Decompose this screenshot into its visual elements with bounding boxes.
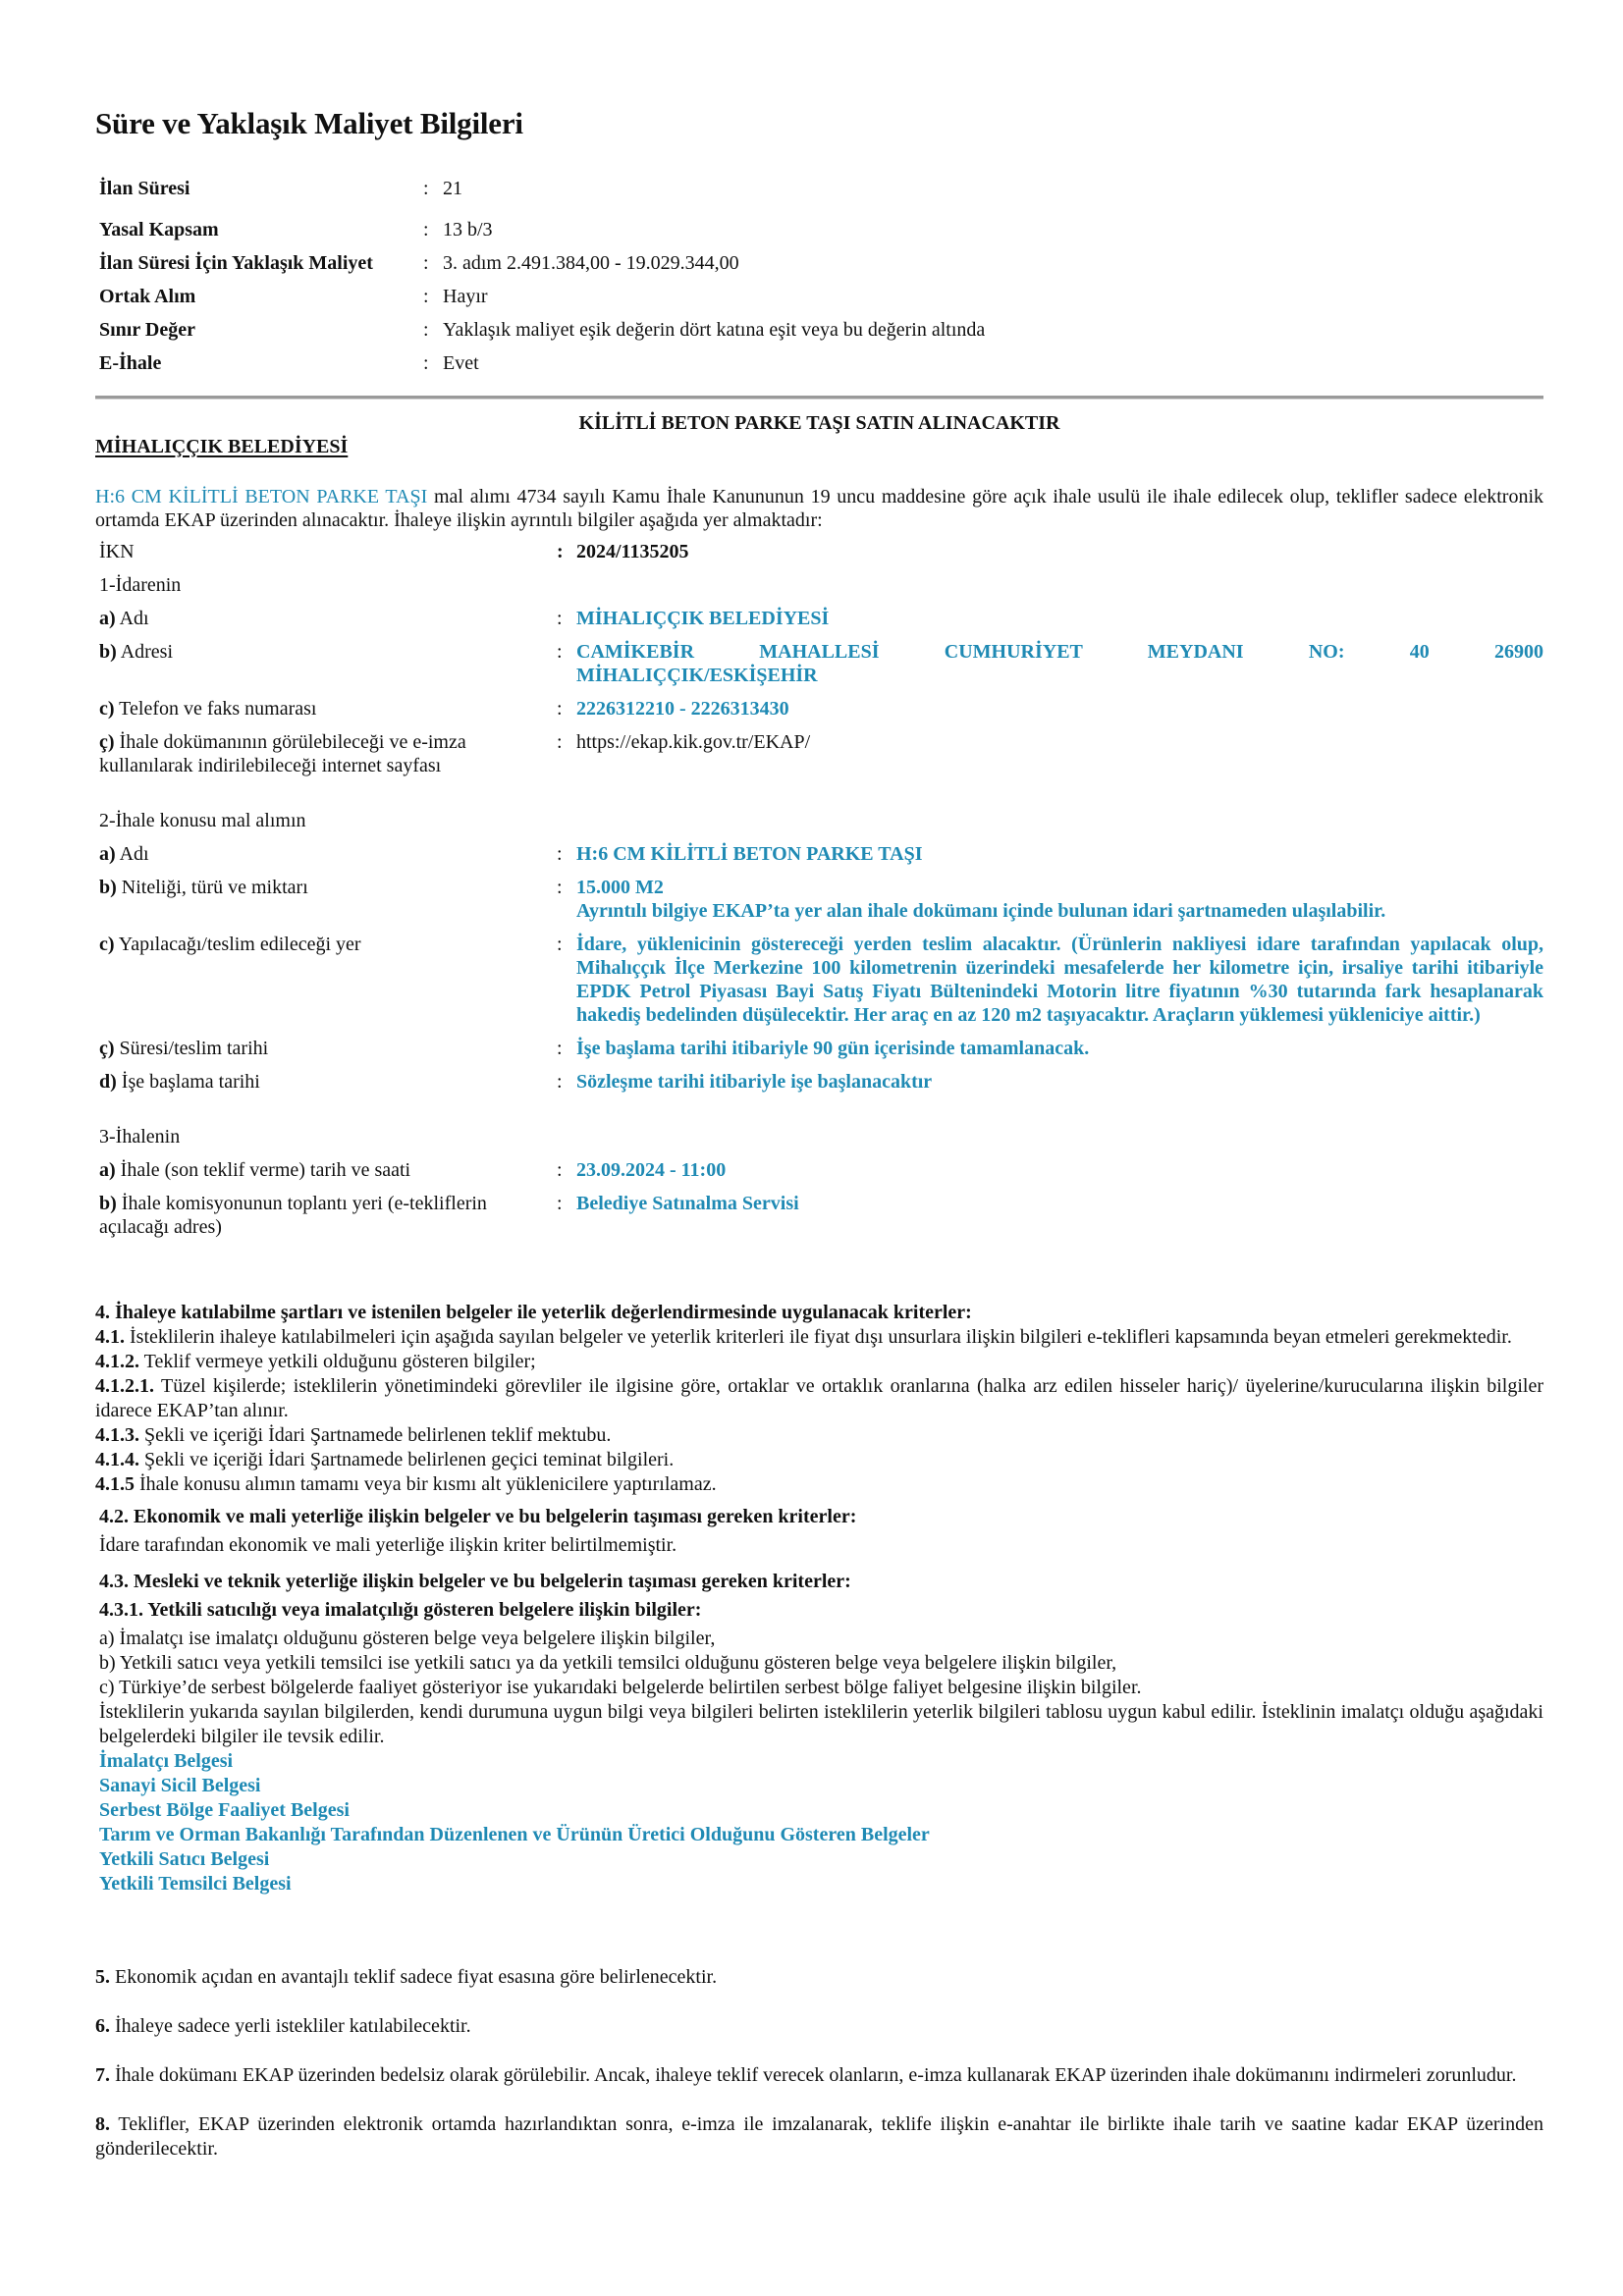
row-value: Sözleşme tarihi itibariyle işe başlanaca… [576, 1070, 1543, 1094]
row-value: 2226312210 - 2226313430 [576, 697, 1543, 721]
summary-row: Ortak Alım : Hayır [99, 286, 985, 319]
row-key: b) [99, 877, 117, 898]
criteria-item: 4.1. İsteklilerin ihaleye katılabilmeler… [95, 1325, 1543, 1350]
separator: : [423, 219, 443, 241]
row-label: İhale komisyonunun toplantı yeri (e-tekl… [99, 1193, 487, 1238]
row-label: İhale dokümanının görülebileceği ve e-im… [99, 731, 466, 776]
section4-heading: 4. İhaleye katılabilme şartları ve isten… [95, 1301, 1543, 1325]
meeting-place: Belediye Satınalma Servisi [576, 1192, 1543, 1239]
row-label: Niteliği, türü ve miktarı [117, 877, 308, 898]
section2-row: ç) Süresi/teslim tarihi : İşe başlama ta… [95, 1037, 1543, 1060]
separator: : [557, 1037, 576, 1060]
section3-row: a) İhale (son teklif verme) tarih ve saa… [95, 1158, 1543, 1182]
separator: : [557, 730, 576, 777]
row-label: İhale (son teklif verme) tarih ve saati [116, 1159, 410, 1181]
required-documents-list: İmalatçı Belgesi Sanayi Sicil Belgesi Se… [95, 1749, 1543, 1896]
separator: : [557, 1192, 576, 1239]
ikn-value: 2024/1135205 [576, 540, 1543, 563]
separator: : [423, 352, 443, 375]
section1-row: c) Telefon ve faks numarası : 2226312210… [95, 697, 1543, 721]
closing-clauses: 5. Ekonomik açıdan en avantajlı teklif s… [95, 1965, 1543, 2186]
criteria-item: 4.1.2.1. Tüzel kişilerde; isteklilerin y… [95, 1374, 1543, 1423]
document-item: Tarım ve Orman Bakanlığı Tarafından Düze… [99, 1823, 1543, 1847]
row-label: İşe başlama tarihi [117, 1071, 260, 1093]
criteria-item: 4.1.4. Şekli ve içeriği İdari Şartnamede… [95, 1448, 1543, 1472]
section2-row: c) Yapılacağı/teslim edileceği yer : İda… [95, 933, 1543, 1027]
section2-row: b) Niteliği, türü ve miktarı : 15.000 M2… [95, 876, 1543, 923]
row-value: H:6 CM KİLİTLİ BETON PARKE TAŞI [576, 842, 1543, 866]
summary-value: Yaklaşık maliyet eşik değerin dört katın… [443, 319, 985, 342]
summary-value: 13 b/3 [443, 219, 493, 241]
row-label: Yapılacağı/teslim edileceği yer [115, 934, 361, 955]
document-item: Yetkili Satıcı Belgesi [99, 1847, 1543, 1872]
document-item: Yetkili Temsilci Belgesi [99, 1872, 1543, 1896]
separator: : [557, 640, 576, 687]
row-value: 15.000 M2 Ayrıntılı bilgiye EKAP’ta yer … [576, 876, 1543, 923]
clause: 5. Ekonomik açıdan en avantajlı teklif s… [95, 1965, 1543, 1990]
section43-heading: 4.3. Mesleki ve teknik yeterliğe ilişkin… [95, 1570, 1543, 1594]
separator: : [557, 697, 576, 721]
section2-row: d) İşe başlama tarihi : Sözleşme tarihi … [95, 1070, 1543, 1094]
row-key: a) [99, 608, 116, 629]
row-key: b) [99, 641, 117, 663]
row-key: ç) [99, 1038, 115, 1059]
separator: : [557, 540, 576, 563]
document-item: İmalatçı Belgesi [99, 1749, 1543, 1774]
separator: : [423, 319, 443, 342]
section2-row: a) Adı : H:6 CM KİLİTLİ BETON PARKE TAŞI [95, 842, 1543, 866]
section1-row: b) Adresi : CAMİKEBİR MAHALLESİ CUMHURİY… [95, 640, 1543, 687]
row-label: Adı [116, 843, 149, 865]
row-value: CAMİKEBİR MAHALLESİ CUMHURİYET MEYDANI N… [576, 640, 1543, 687]
section4: 4. İhaleye katılabilme şartları ve isten… [95, 1301, 1543, 1896]
notice-headline: KİLİTLİ BETON PARKE TAŞI SATIN ALINACAKT… [95, 412, 1543, 435]
separator: : [423, 286, 443, 308]
separator: : [557, 933, 576, 1027]
summary-value: Evet [443, 352, 479, 375]
row-label: Telefon ve faks numarası [115, 698, 317, 720]
criteria-item: 4.1.2. Teklif vermeye yetkili olduğunu g… [95, 1350, 1543, 1374]
summary-value: 21 [443, 178, 462, 200]
document-item: Serbest Bölge Faaliyet Belgesi [99, 1798, 1543, 1823]
horizontal-divider [95, 396, 1543, 400]
row-label: Adı [116, 608, 149, 629]
summary-value: Hayır [443, 286, 488, 308]
row-value: İşe başlama tarihi itibariyle 90 gün içe… [576, 1037, 1543, 1060]
summary-label: İlan Süresi [99, 178, 423, 200]
row-label: Süresi/teslim tarihi [115, 1038, 269, 1059]
summary-row: İlan Süresi : 21 [99, 178, 985, 219]
summary-row: E-İhale : Evet [99, 352, 985, 386]
summary-label: İlan Süresi İçin Yaklaşık Maliyet [99, 252, 423, 275]
document-item: Sanayi Sicil Belgesi [99, 1774, 1543, 1798]
row-key: b) [99, 1193, 117, 1214]
summary-label: Sınır Değer [99, 319, 423, 342]
ikn-label: İKN [95, 540, 557, 563]
summary-row: İlan Süresi İçin Yaklaşık Maliyet : 3. a… [99, 252, 985, 286]
summary-label: Ortak Alım [99, 286, 423, 308]
tender-datetime: 23.09.2024 - 11:00 [576, 1158, 1543, 1182]
row-key: c) [99, 698, 115, 720]
clause: 8. Teklifler, EKAP üzerinden elektronik … [95, 2112, 1543, 2162]
section2-heading: 2-İhale konusu mal alımın [95, 809, 1543, 832]
page-title: Süre ve Yaklaşık Maliyet Bilgileri [95, 106, 523, 141]
issuer-name: MİHALIÇÇIK BELEDİYESİ [95, 436, 348, 458]
summary-value: 3. adım 2.491.384,00 - 19.029.344,00 [443, 252, 739, 275]
section3-row: b) İhale komisyonunun toplantı yeri (e-t… [95, 1192, 1543, 1239]
row-key: d) [99, 1071, 117, 1093]
separator: : [557, 842, 576, 866]
section42-text: İdare tarafından ekonomik ve mali yeterl… [95, 1533, 1543, 1558]
section1-heading: 1-İdarenin [95, 573, 1543, 597]
section431-heading: 4.3.1. Yetkili satıcılığı veya imalatçıl… [95, 1598, 1543, 1623]
criteria-item: 4.1.5 İhale konusu alımın tamamı veya bi… [95, 1472, 1543, 1497]
separator: : [557, 607, 576, 630]
clause: 7. İhale dokümanı EKAP üzerinden bedelsi… [95, 2063, 1543, 2088]
separator: : [557, 1158, 576, 1182]
row-label: Adresi [117, 641, 173, 663]
section1-row: a) Adı : MİHALIÇÇIK BELEDİYESİ [95, 607, 1543, 630]
row-key: a) [99, 1159, 116, 1181]
section1-row: ç) İhale dokümanının görülebileceği ve e… [95, 730, 1543, 777]
summary-label: Yasal Kapsam [99, 219, 423, 241]
summary-label: E-İhale [99, 352, 423, 375]
row-key: ç) [99, 731, 115, 753]
section42-heading: 4.2. Ekonomik ve mali yeterliğe ilişkin … [95, 1505, 1543, 1529]
quantity: 15.000 M2 [576, 876, 1543, 899]
separator: : [557, 876, 576, 923]
separator: : [557, 1070, 576, 1094]
row-value: İdare, yüklenicinin göstereceği yerden t… [576, 933, 1543, 1027]
ekap-link[interactable]: https://ekap.kik.gov.tr/EKAP/ [576, 730, 1543, 777]
ikn-row: İKN : 2024/1135205 [95, 540, 1543, 563]
summary-row: Sınır Değer : Yaklaşık maliyet eşik değe… [99, 319, 985, 352]
intro-paragraph: H:6 CM KİLİTLİ BETON PARKE TAŞI mal alım… [95, 485, 1543, 532]
summary-table: İlan Süresi : 21 Yasal Kapsam : 13 b/3 İ… [99, 178, 985, 386]
row-key: a) [99, 843, 116, 865]
tender-info: İKN : 2024/1135205 1-İdarenin a) Adı : M… [95, 540, 1543, 1249]
row-value: MİHALIÇÇIK BELEDİYESİ [576, 607, 1543, 630]
criteria-item: 4.1.3. Şekli ve içeriği İdari Şartnamede… [95, 1423, 1543, 1448]
section3-heading: 3-İhalenin [95, 1125, 1543, 1148]
clause: 6. İhaleye sadece yerli istekliler katıl… [95, 2014, 1543, 2039]
row-key: c) [99, 934, 115, 955]
summary-row: Yasal Kapsam : 13 b/3 [99, 219, 985, 252]
intro-highlight: H:6 CM KİLİTLİ BETON PARKE TAŞI [95, 486, 427, 507]
section431-lines: a) İmalatçı ise imalatçı olduğunu göster… [95, 1627, 1543, 1749]
separator: : [423, 252, 443, 275]
quantity-note: Ayrıntılı bilgiye EKAP’ta yer alan ihale… [576, 899, 1543, 923]
separator: : [423, 178, 443, 200]
